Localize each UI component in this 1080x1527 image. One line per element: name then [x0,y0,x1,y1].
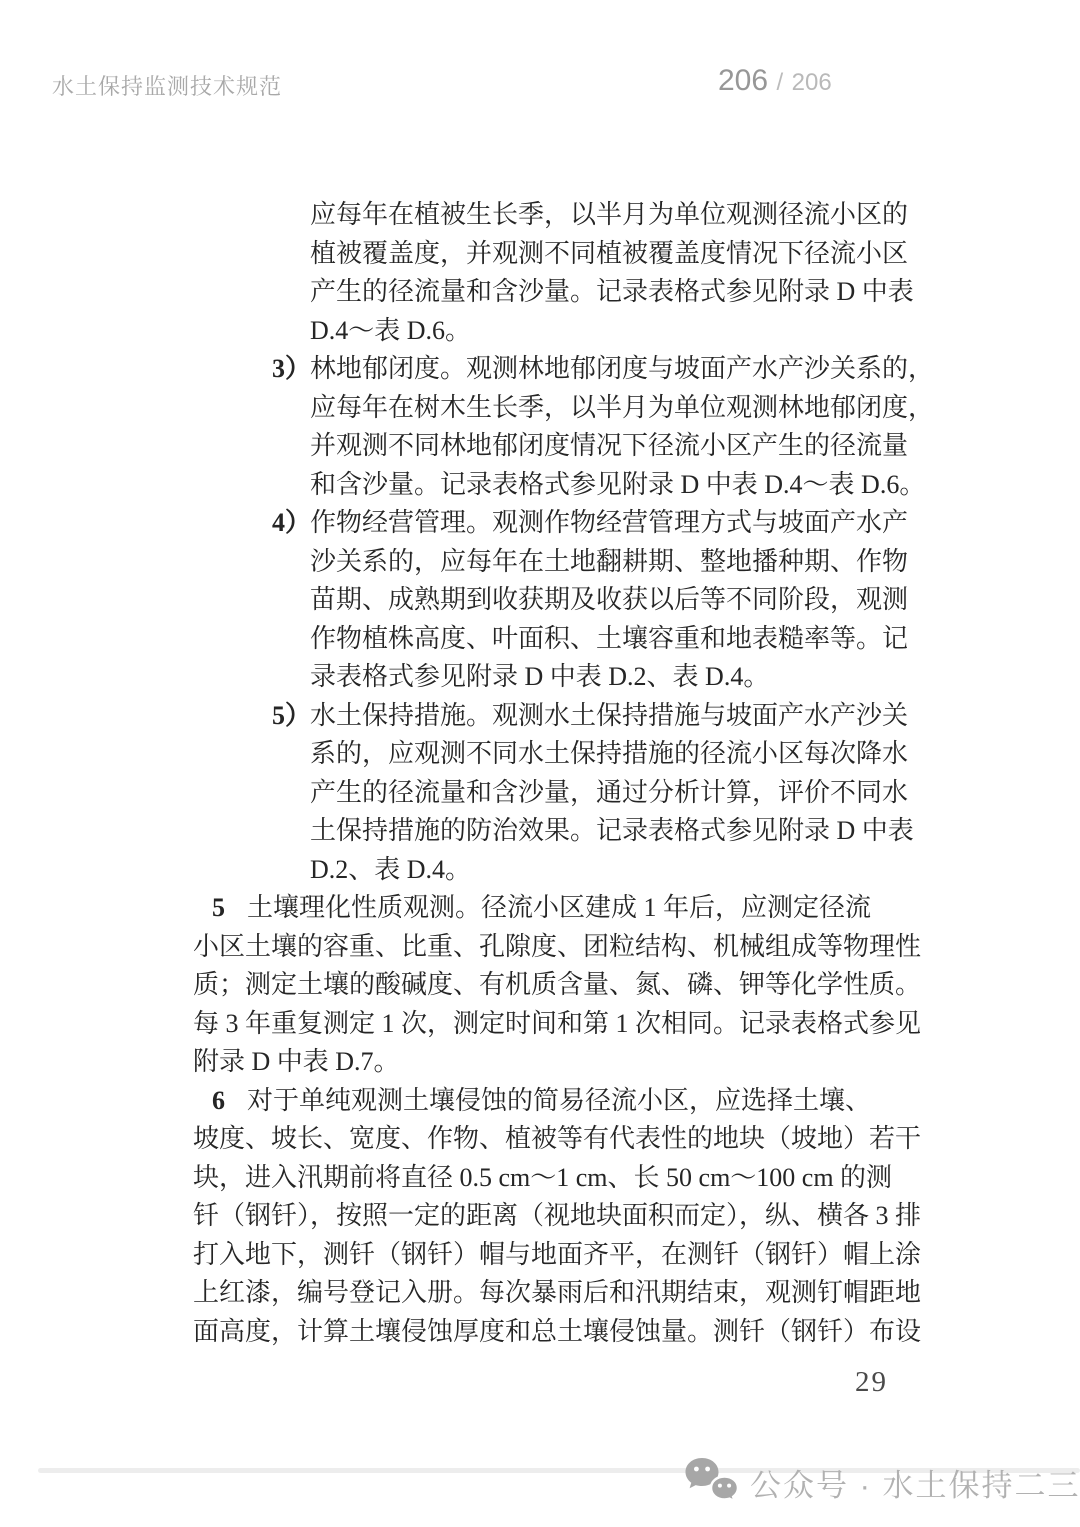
paragraph-continuation-text: 应每年在植被生长季，以半月为单位观测径流小区的 植被覆盖度，并观测不同植被覆盖度… [310,200,914,345]
page-indicator: 206 / 206 [718,64,832,98]
wechat-icon [684,1456,740,1508]
section-text: 对于单纯观测土壤侵蚀的简易径流小区，应选择土壤、 坡度、坡长、宽度、作物、植被等… [193,1086,921,1346]
list-item-number: 5） [272,697,311,736]
list-item: 4）作物经营管理。观测作物经营管理方式与坡面产水产 沙关系的，应每年在土地翻耕期… [193,504,955,697]
section-number: 5 [212,893,225,922]
document-title: 水土保持监测技术规范 [52,70,282,101]
page-current: 206 [718,64,768,97]
section-number: 6 [212,1086,225,1115]
list-item: 3）林地郁闭度。观测林地郁闭度与坡面产水产沙关系的， 应每年在树木生长季，以半月… [193,350,955,504]
paragraph-continuation: 应每年在植被生长季，以半月为单位观测径流小区的 植被覆盖度，并观测不同植被覆盖度… [193,196,955,350]
list-item: 5）水土保持措施。观测水土保持措施与坡面产水产沙关 系的，应观测不同水土保持措施… [193,697,955,890]
list-item-text: 水土保持措施。观测水土保持措施与坡面产水产沙关 系的，应观测不同水土保持措施的径… [310,701,914,884]
page-separator: / [773,69,788,96]
document-body: 应每年在植被生长季，以半月为单位观测径流小区的 植被覆盖度，并观测不同植被覆盖度… [193,196,955,1351]
section-paragraph: 5土壤理化性质观测。径流小区建成 1 年后，应测定径流 小区土壤的容重、比重、孔… [193,889,955,1082]
page-total: 206 [792,69,832,96]
wechat-watermark: 公众号 · 水土保持二三 [684,1456,1080,1508]
list-item-text: 林地郁闭度。观测林地郁闭度与坡面产水产沙关系的， 应每年在树木生长季，以半月为单… [310,354,934,499]
section-text: 土壤理化性质观测。径流小区建成 1 年后，应测定径流 小区土壤的容重、比重、孔隙… [193,893,921,1076]
document-page: 水土保持监测技术规范 206 / 206 应每年在植被生长季，以半月为单位观测径… [0,0,1080,1527]
list-item-number: 4） [272,504,311,543]
list-item-text: 作物经营管理。观测作物经营管理方式与坡面产水产 沙关系的，应每年在土地翻耕期、整… [310,508,908,691]
wechat-watermark-label: 公众号 · 水土保持二三 [750,1460,1080,1505]
section-paragraph: 6对于单纯观测土壤侵蚀的简易径流小区，应选择土壤、 坡度、坡长、宽度、作物、植被… [193,1082,955,1352]
printed-page-number: 29 [855,1366,888,1399]
list-item-number: 3） [272,350,311,389]
